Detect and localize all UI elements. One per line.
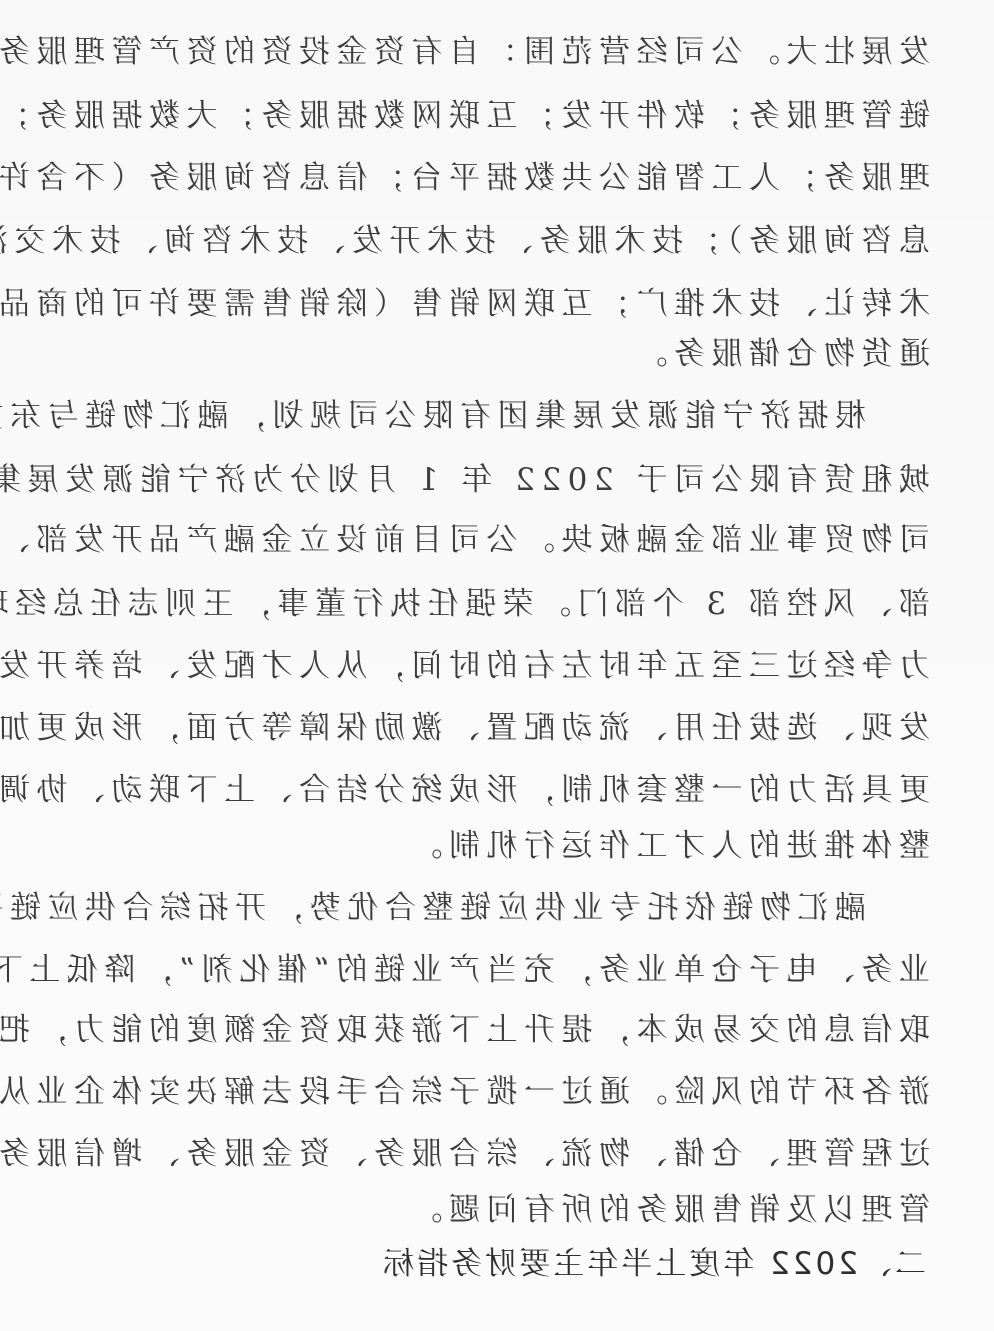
text-line: 发展壮大。公司经营范围：自有资金投资的资产管理服务；供应 <box>0 32 930 72</box>
text-line: 部、风控部 3 个部门。荣强任执行董事，王则志任总经理。公司 <box>0 584 930 624</box>
text-line: 通货物仓储服务。 <box>630 334 930 374</box>
text-line: 理服务；人工智能公共数据平台；信息咨询服务（不含许可类信 <box>0 158 930 198</box>
text-line: 游各环节的风险。通过一揽子综合手段去解决实体企业从采购， <box>0 1072 930 1112</box>
text-line: 整体推进的人才工作运行机制。 <box>405 826 930 866</box>
text-line: 根据济宁能源发展集团有限公司规划，融汇物链与东方圣 <box>0 396 866 436</box>
text-line: 城租赁有限公司于 2022 年 1 月划分为济宁能源发展集团有限公 <box>0 460 930 500</box>
text-line: 管理以及销售服务的所有问题。 <box>405 1190 930 1230</box>
text-line: 息咨询服务）；技术服务、技术开发、技术咨询、技术交流、技 <box>0 221 930 261</box>
section-heading: 二、2022 年度上半年主要财务指标 <box>380 1244 926 1284</box>
text-line: 业务、电子仓单业务，充当产业链的“催化剂”，降低上下游获 <box>0 950 930 990</box>
text-line: 发现、选拔任用、流动配置、激励保障等方面，形成更加科学、 <box>0 708 930 748</box>
text-line: 力争经过三至五年时左右的时间，从人才配发、培养开发、评价 <box>0 646 930 686</box>
text-line: 司物贸事业部金融板块。公司目前设立金融产品开发部、财务 <box>0 520 930 560</box>
text-line: 过程管理、仓储、物流、综合服务、资金服务、增信服务、价格 <box>0 1134 930 1174</box>
text-line: 取信息的交易成本，提升上下游获取资金额度的能力，把控上下 <box>0 1010 930 1050</box>
text-line: 链管理服务；软件开发；互联网数据服务；大数据服务；数据处 <box>0 96 930 136</box>
text-line: 术转让、技术推广；互联网销售（除销售需要许可的商品）；普 <box>0 284 930 324</box>
text-line: 融汇物链依托专业供应链整合优势，开拓综合供应链平台 <box>0 888 866 928</box>
text-line: 更具活力的一整套机制，形成统分结合、上下联动、协调高效、 <box>0 770 930 810</box>
document-page: 发展壮大。公司经营范围：自有资金投资的资产管理服务；供应 链管理服务；软件开发；… <box>0 0 994 1331</box>
